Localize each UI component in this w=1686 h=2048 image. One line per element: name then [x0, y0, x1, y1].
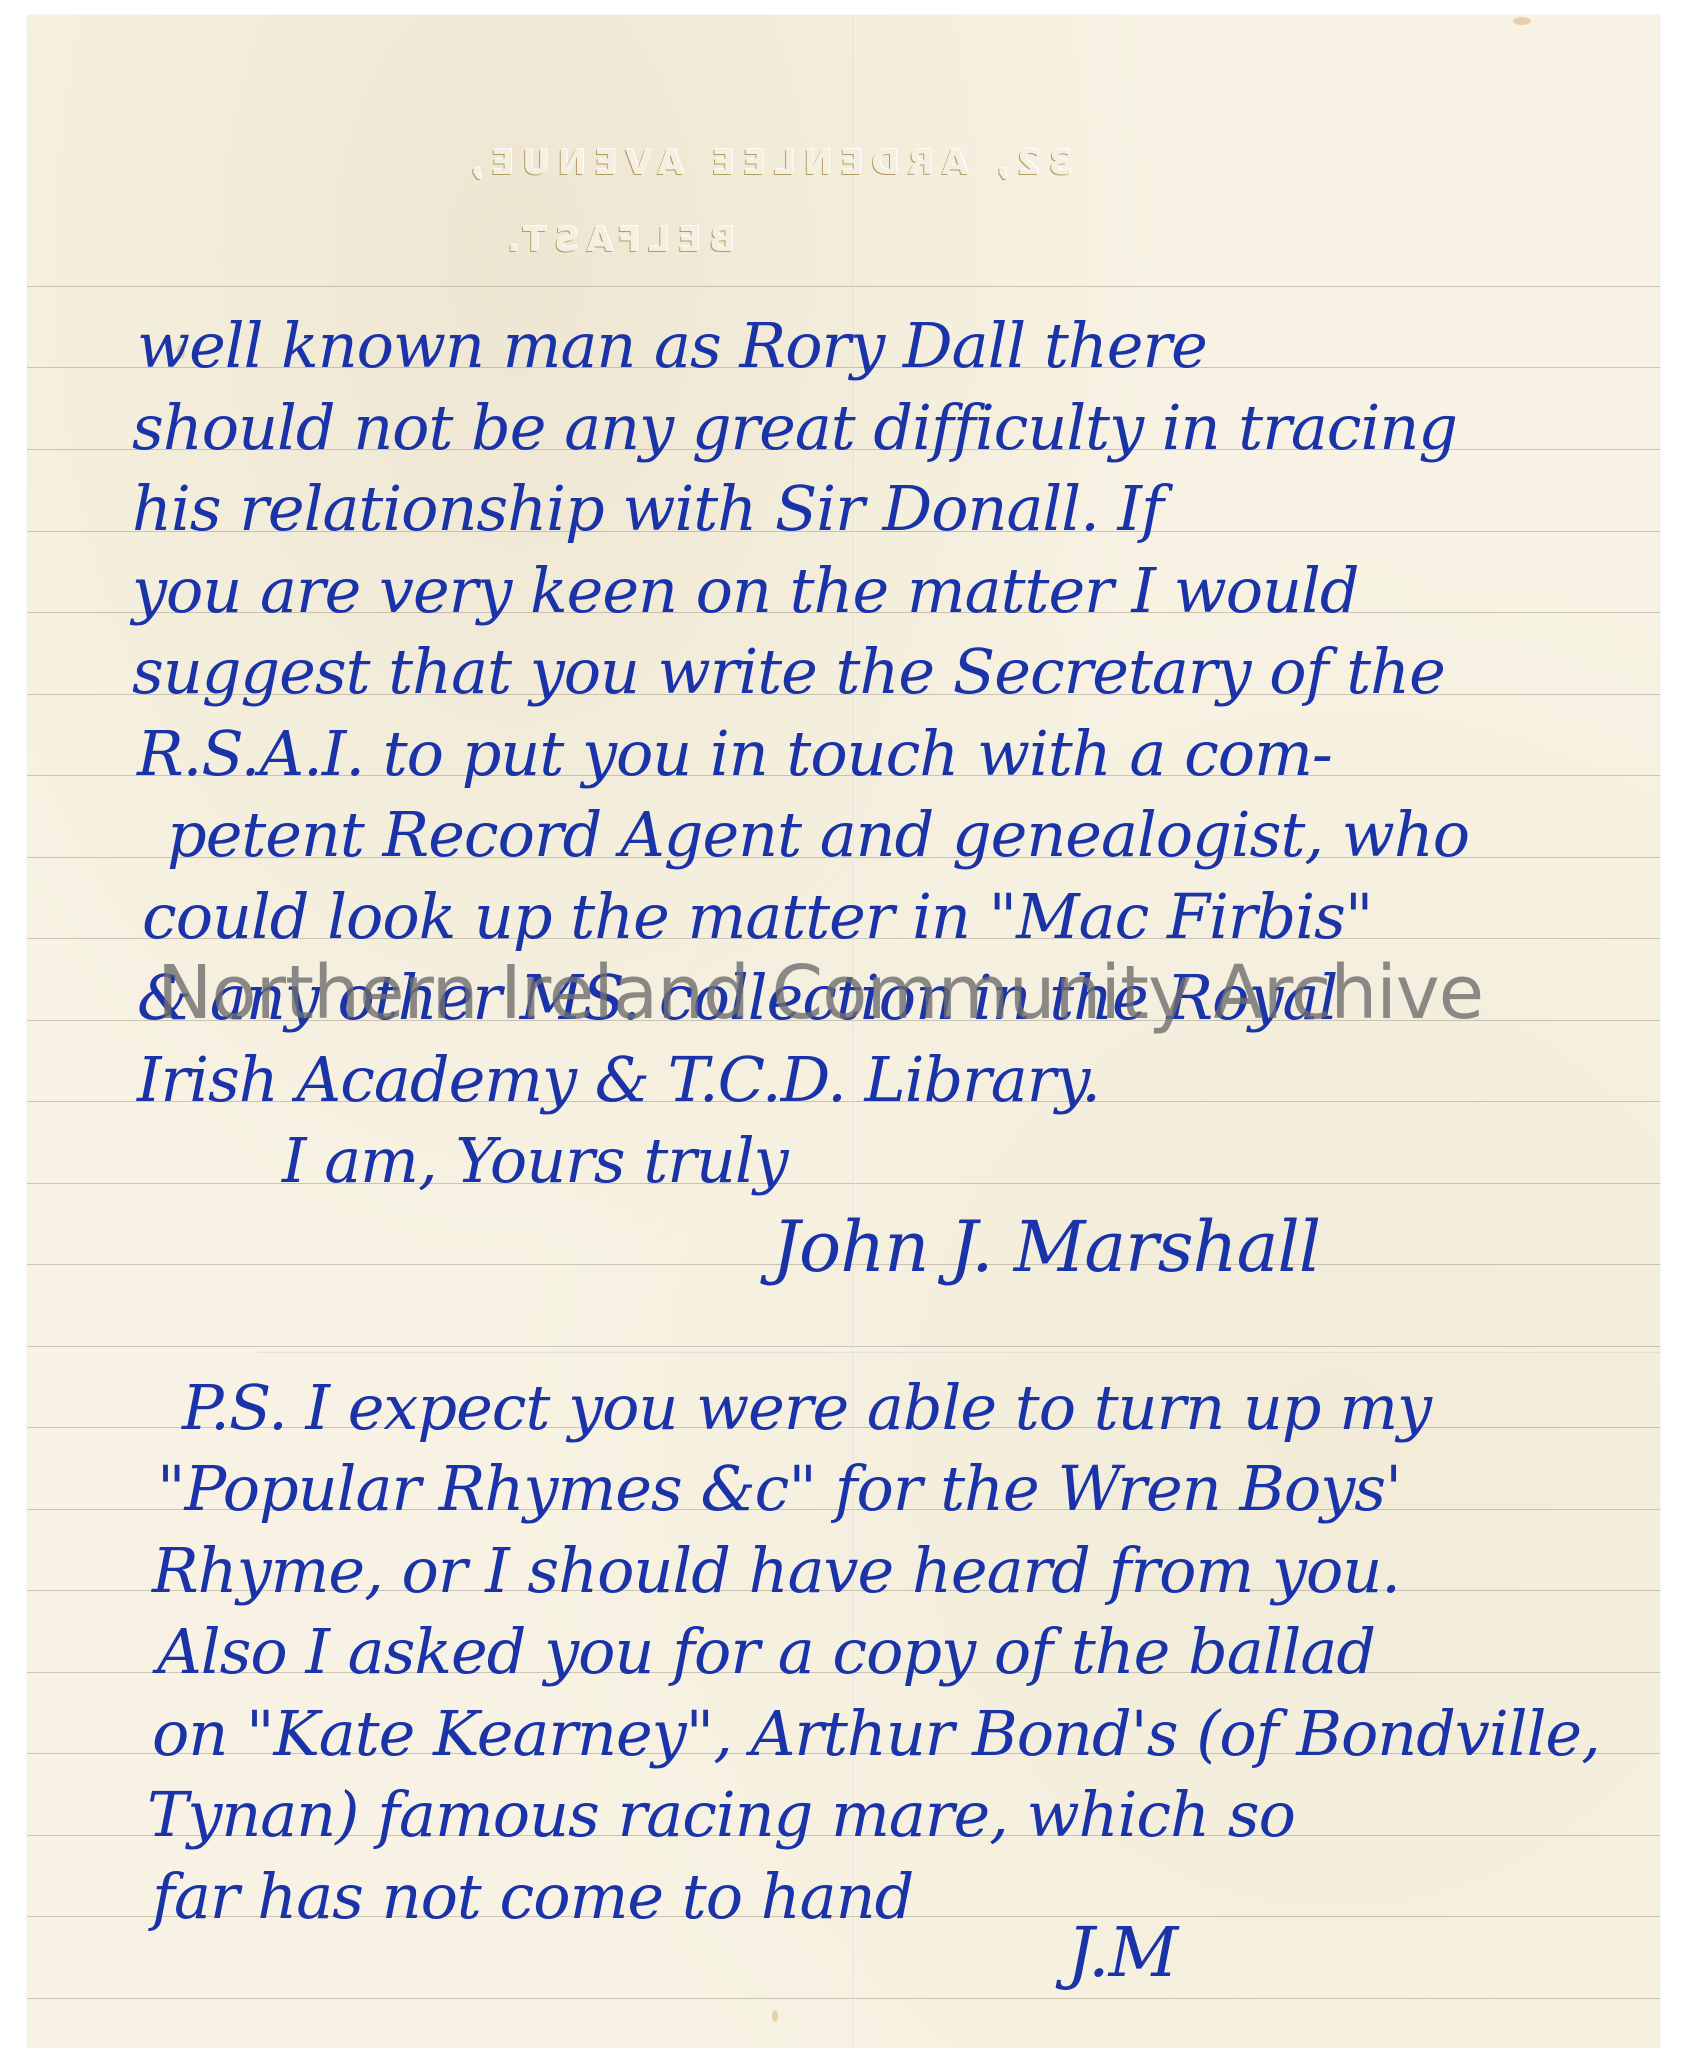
ruled-line	[27, 1998, 1660, 1999]
body-line-5: suggest that you write the Secretary of …	[132, 641, 1445, 703]
letterhead-city: BELFAST.	[467, 220, 767, 260]
ruled-line	[27, 1346, 1660, 1347]
signature: John J. Marshall	[772, 1212, 1320, 1282]
body-line-8: could look up the matter in "Mac Firbis"	[142, 886, 1372, 948]
body-line-6: R.S.A.I. to put you in touch with a com-	[137, 723, 1332, 785]
body-line-4: you are very keen on the matter I would	[132, 560, 1359, 622]
body-line-1: well known man as Rory Dall there	[137, 315, 1207, 377]
foxing-spot	[772, 2010, 778, 2022]
postscript-line-3: Rhyme, or I should have heard from you.	[152, 1540, 1400, 1602]
postscript-line-7: far has not come to hand	[152, 1866, 913, 1928]
archive-watermark: Northern Ireland Community Archive	[157, 950, 1557, 1036]
body-line-3: his relationship with Sir Donall. If	[132, 478, 1163, 540]
postscript-line-6: Tynan) famous racing mare, which so	[147, 1784, 1295, 1846]
horizontal-fold-crease	[257, 1350, 1660, 1353]
postscript-line-4: Also I asked you for a copy of the balla…	[157, 1621, 1375, 1683]
ruled-line	[27, 286, 1660, 287]
body-line-2: should not be any great difficulty in tr…	[132, 397, 1457, 459]
postscript-line-5: on "Kate Kearney", Arthur Bond's (of Bon…	[152, 1703, 1600, 1765]
postscript-initials: J.M	[1067, 1920, 1177, 1988]
closing: I am, Yours truly	[282, 1130, 788, 1192]
body-line-7: petent Record Agent and genealogist, who	[167, 804, 1469, 866]
foxing-spot	[1513, 17, 1531, 25]
postscript-line-2: "Popular Rhymes &c" for the Wren Boys'	[157, 1458, 1401, 1520]
letter-paper: 32, ARDENLEE AVENUE, BELFAST. well known…	[27, 15, 1660, 2048]
ruled-line	[27, 1183, 1660, 1184]
body-line-10: Irish Academy & T.C.D. Library.	[137, 1049, 1100, 1111]
postscript-line-1: P.S. I expect you were able to turn up m…	[182, 1377, 1431, 1439]
letterhead-address: 32, ARDENLEE AVENUE,	[427, 143, 1107, 183]
